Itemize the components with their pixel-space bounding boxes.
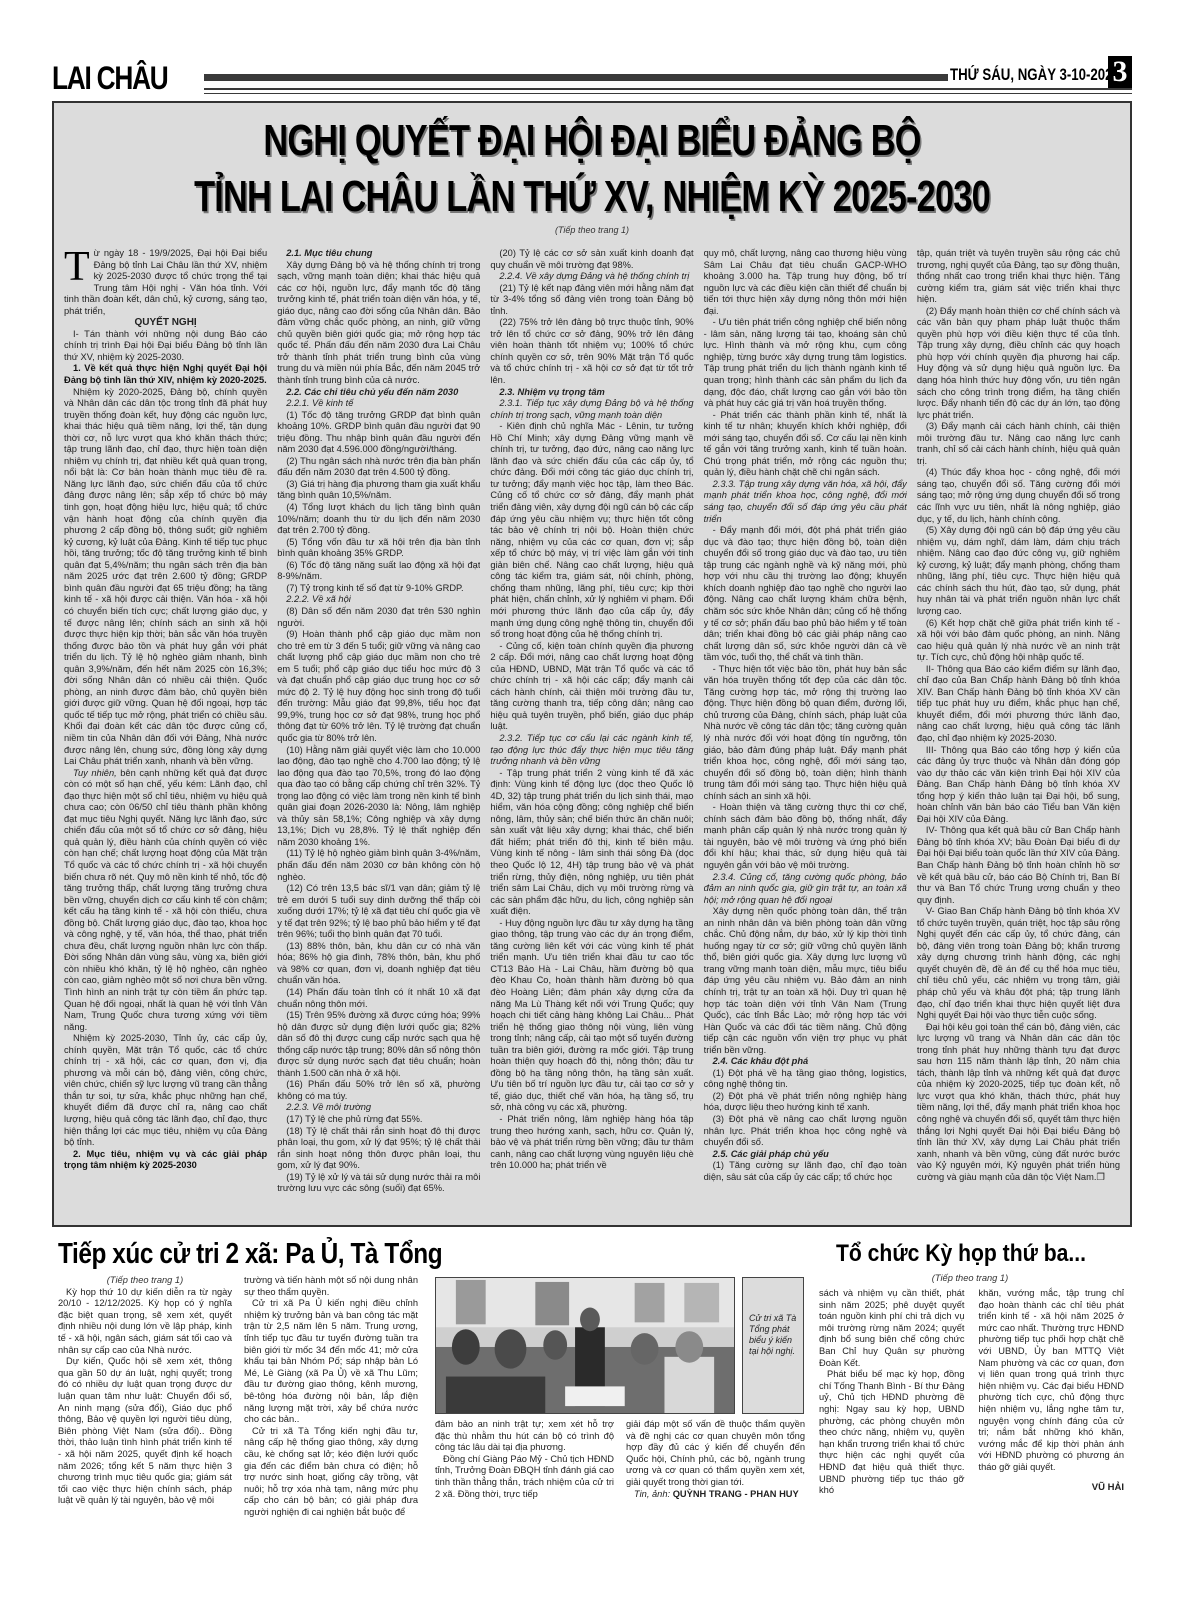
title-line-1: NGHỊ QUYẾT ĐẠI HỘI ĐẠI BIỂU ĐẢNG BỘ xyxy=(172,113,1011,169)
column-4: quy mô, chất lượng, nâng cao thương hiệu… xyxy=(704,248,907,1219)
subsection-heading: 2.3. Nhiệm vụ trọng tâm xyxy=(490,387,693,399)
column-1: Từ ngày 18 - 19/9/2025, Đại hội Đại biểu… xyxy=(64,248,267,1219)
voters-column-2: trường và tiến hành một số nội dung nhân… xyxy=(244,1275,418,1518)
subsection-heading: 2.4. Các khâu đột phá xyxy=(704,1056,907,1068)
continued-note: (Tiếp theo trang 1) xyxy=(58,1275,232,1287)
subsection-heading: 2.5. Các giải pháp chủ yếu xyxy=(704,1149,907,1161)
list-item: (3) Đột phá về nâng cao chất lượng nguồn… xyxy=(704,1114,907,1149)
subsubsection-heading: 2.3.2. Tiếp tục cơ cấu lại các ngành kin… xyxy=(490,733,693,768)
paragraph: - Hoàn thiện và tăng cường thực thi cơ c… xyxy=(704,802,907,871)
column-5: tập, quán triệt và tuyên truyền sâu rộng… xyxy=(917,248,1120,1219)
voters-article-title: Tiếp xúc cử tri 2 xã: Pa Ủ, Tà Tổng xyxy=(58,1238,442,1271)
paragraph: Nhiệm kỳ 2025-2030, Tỉnh ủy, các cấp ủy,… xyxy=(64,1033,267,1148)
voters-column-3: đảm bảo an ninh trật tự; xem xét hỗ trợ … xyxy=(435,1419,614,1500)
list-item: (6) Kết hợp chặt chẽ giữa phát triển kin… xyxy=(917,618,1120,664)
paragraph: Xây dựng nền quốc phòng toàn dân, thế tr… xyxy=(704,906,907,1056)
paragraph: Xây dựng Đảng bộ và hệ thống chính trị t… xyxy=(277,260,480,387)
page-number: 3 xyxy=(1108,56,1132,88)
paragraph: Nhiệm kỳ 2020-2025, Đảng bộ, chính quyền… xyxy=(64,387,267,768)
subsubsection-heading: 2.2.3. Về môi trường xyxy=(277,1102,480,1114)
list-item: (21) Tỷ lệ kết nạp đảng viên mới hằng nă… xyxy=(490,283,693,318)
list-item: (11) Tỷ lệ hộ nghèo giảm bình quân 3-4%/… xyxy=(277,848,480,883)
paragraph: - Huy động nguồn lực đầu tư xây dựng hạ … xyxy=(490,918,693,1114)
paragraph: - Đẩy mạnh đổi mới, đột phá phát triển g… xyxy=(704,525,907,664)
list-item: (4) Thúc đẩy khoa học - công nghệ, đổi m… xyxy=(917,467,1120,525)
meeting-photo xyxy=(435,1277,735,1414)
end-mark-icon: ❐ xyxy=(1096,1172,1104,1182)
masthead-rule xyxy=(204,74,948,81)
paragraph: - Tập trung phát triển 2 vùng kinh tế đã… xyxy=(490,768,693,918)
list-item: (16) Phấn đấu 50% trở lên số xã, phường … xyxy=(277,1079,480,1102)
title-line-2: TỈNH LAI CHÂU LẦN THỨ XV, NHIỆM KỲ 2025-… xyxy=(172,169,1011,225)
session-column-1: sách và nhiệm vụ cần thiết, phát sinh nă… xyxy=(819,1288,965,1497)
list-item: (15) Trên 95% đường xã được cứng hóa; 99… xyxy=(277,1010,480,1079)
list-item: (2) Thu ngân sách nhà nước trên địa bàn … xyxy=(277,456,480,479)
list-item: (13) 88% thôn, bản, khu dân cư có nhà vă… xyxy=(277,941,480,987)
list-item: (12) Có trên 13,5 bác sĩ/1 vạn dân; giảm… xyxy=(277,883,480,941)
paragraph: - Phát triển nông, lâm nghiệp hàng hóa t… xyxy=(490,1114,693,1172)
masthead: LAI CHÂU THỨ SÁU, NGÀY 3-10-2025 3 xyxy=(52,60,1132,98)
paragraph: Kỳ họp thứ 10 dự kiến diễn ra từ ngày 20… xyxy=(58,1287,232,1357)
session-column-2: khăn, vướng mắc, tập trung chỉ đạo hoàn … xyxy=(979,1288,1125,1497)
paragraph: giải đáp một số vấn đề thuộc thẩm quyền … xyxy=(626,1419,805,1489)
issue-date: THỨ SÁU, NGÀY 3-10-2025 xyxy=(950,65,1120,85)
voters-article-lower-columns: đảm bảo an ninh trật tự; xem xét hỗ trợ … xyxy=(435,1419,805,1500)
paragraph: III- Thông qua Báo cáo tổng hợp ý kiến c… xyxy=(917,745,1120,826)
section-name: LAI CHÂU xyxy=(52,60,168,97)
voters-article-columns: (Tiếp theo trang 1) Kỳ họp thứ 10 dự kiế… xyxy=(58,1275,418,1518)
photo-caption: Cử tri xã Tà Tổng phát biểu ý kiến tại h… xyxy=(742,1277,804,1414)
list-item: (3) Giá trị hàng địa phương tham gia xuấ… xyxy=(277,479,480,502)
list-item: (14) Phấn đấu toàn tỉnh có ít nhất 10 xã… xyxy=(277,987,480,1010)
paragraph: - Kiên định chủ nghĩa Mác - Lênin, tư tư… xyxy=(490,421,693,640)
paragraph: sách và nhiệm vụ cần thiết, phát sinh nă… xyxy=(819,1288,965,1369)
list-item: (7) Tỷ trọng kinh tế số đạt từ 9-10% GRD… xyxy=(277,583,480,595)
session-article-columns: sách và nhiệm vụ cần thiết, phát sinh nă… xyxy=(819,1288,1124,1497)
column-2: 2.1. Mục tiêu chung Xây dựng Đảng bộ và … xyxy=(277,248,480,1219)
list-item: (20) Tỷ lệ các cơ sở sản xuất kinh doanh… xyxy=(490,248,693,271)
list-item: (6) Tốc độ tăng năng suất lao động xã hộ… xyxy=(277,560,480,583)
paragraph: khăn, vướng mắc, tập trung chỉ đạo hoàn … xyxy=(979,1288,1125,1474)
subsection-heading: 2.1. Mục tiêu chung xyxy=(277,248,480,260)
resolve-heading: QUYẾT NGHỊ xyxy=(64,317,267,329)
list-item: (1) Đột phá về hạ tầng giao thông, logis… xyxy=(704,1068,907,1091)
drop-cap: T xyxy=(64,250,90,284)
photo-image xyxy=(436,1278,734,1413)
subsubsection-heading: 2.3.4. Củng cố, tăng cường quốc phòng, b… xyxy=(704,872,907,907)
paragraph: Dự kiến, Quốc hội sẽ xem xét, thông qua … xyxy=(58,1356,232,1507)
list-item: (2) Đẩy mạnh hoàn thiện cơ chế chính sác… xyxy=(917,306,1120,421)
list-item: (2) Đột phá về phát triển nông nghiệp hà… xyxy=(704,1091,907,1114)
list-item: (9) Hoàn thành phổ cập giáo dục mầm non … xyxy=(277,629,480,744)
paragraph: - Thực hiện tốt việc bảo tồn, phát huy b… xyxy=(704,664,907,803)
list-item: (4) Tổng lượt khách du lịch tăng bình qu… xyxy=(277,502,480,537)
list-item: (8) Dân số đến năm 2030 đạt trên 530 ngh… xyxy=(277,606,480,629)
list-item: (5) Xây dựng đội ngũ cán bộ đáp ứng yêu … xyxy=(917,525,1120,617)
list-item: (18) Tỷ lệ chất thải rắn sinh hoạt đô th… xyxy=(277,1126,480,1172)
paragraph: II- Thông qua Báo cáo kiểm điểm sự lãnh … xyxy=(917,664,1120,745)
subsection-heading: 2.2. Các chỉ tiêu chủ yếu đến năm 2030 xyxy=(277,387,480,399)
list-item: (10) Hằng năm giải quyết việc làm cho 10… xyxy=(277,745,480,849)
section-heading: 2. Mục tiêu, nhiệm vụ và các giải pháp t… xyxy=(64,1149,267,1172)
list-item: (19) Tỷ lệ xử lý và tái sử dụng nước thả… xyxy=(277,1172,480,1195)
list-item: (1) Tăng cường sự lãnh đạo, chỉ đạo toàn… xyxy=(704,1160,907,1183)
list-item: (5) Tổng vốn đầu tư xã hội trên địa bàn … xyxy=(277,537,480,560)
main-article-title: NGHỊ QUYẾT ĐẠI HỘI ĐẠI BIỂU ĐẢNG BỘ TỈNH… xyxy=(172,103,1011,225)
list-item: (3) Đẩy mạnh cải cách hành chính, cải th… xyxy=(917,421,1120,467)
subsubsection-heading: 2.2.1. Về kinh tế xyxy=(277,398,480,410)
paragraph: - Ưu tiên phát triển công nghiệp chế biế… xyxy=(704,317,907,409)
section-heading: 1. Về kết quả thực hiện Nghị quyết Đại h… xyxy=(64,363,267,386)
subsubsection-heading: 2.2.4. Về xây dựng Đảng và hệ thống chín… xyxy=(490,271,693,283)
voters-column-4: giải đáp một số vấn đề thuộc thẩm quyền … xyxy=(626,1419,805,1500)
paragraph: tập, quán triệt và tuyên truyền sâu rộng… xyxy=(917,248,1120,306)
paragraph: đảm bảo an ninh trật tự; xem xét hỗ trợ … xyxy=(435,1419,614,1454)
masthead-rule-thin-2 xyxy=(204,93,1132,94)
author-byline: VŨ HẢI xyxy=(979,1482,1125,1494)
paragraph: Tuy nhiên, bên cạnh những kết quả đạt đư… xyxy=(64,768,267,1034)
article-columns: Từ ngày 18 - 19/9/2025, Đại hội Đại biểu… xyxy=(64,248,1120,1219)
paragraph: Phát biểu bế mạc kỳ họp, đồng chí Tống T… xyxy=(819,1369,965,1497)
continued-note: (Tiếp theo trang 1) xyxy=(820,1273,1120,1283)
list-item: (1) Tốc độ tăng trưởng GRDP đạt bình quâ… xyxy=(277,410,480,456)
continued-note: (Tiếp theo trang 1) xyxy=(54,225,1130,235)
paragraph: IV- Thông qua kết quả bầu cử Ban Chấp hà… xyxy=(917,825,1120,906)
paragraph: Đồng chí Giàng Páo Mỷ - Chủ tịch HĐND tỉ… xyxy=(435,1454,614,1500)
paragraph: I- Tán thành với những nội dung Báo cáo … xyxy=(64,329,267,364)
paragraph: Cử tri xã Tà Tổng kiến nghị đầu tư, nâng… xyxy=(244,1426,418,1519)
masthead-rule-thin xyxy=(204,88,1132,90)
byline: Tin, ảnh: QUỲNH TRANG - PHAN HUY xyxy=(626,1489,805,1501)
list-item: (17) Tỷ lệ che phủ rừng đạt 55%. xyxy=(277,1114,480,1126)
session-article-title: Tổ chức Kỳ họp thứ ba... xyxy=(836,1240,1086,1268)
paragraph: - Phát triển các thành phần kinh tế, nhấ… xyxy=(704,410,907,479)
paragraph: trường và tiến hành một số nội dung nhân… xyxy=(244,1275,418,1298)
subsubsection-heading: 2.3.3. Tập trung xây dựng văn hóa, xã hộ… xyxy=(704,479,907,525)
main-article: NGHỊ QUYẾT ĐẠI HỘI ĐẠI BIỂU ĐẢNG BỘ TỈNH… xyxy=(52,101,1132,1227)
subsubsection-heading: 2.3.1. Tiếp tục xây dựng Đảng bộ và hệ t… xyxy=(490,398,693,421)
paragraph: quy mô, chất lượng, nâng cao thương hiệu… xyxy=(704,248,907,317)
voters-column-1: (Tiếp theo trang 1) Kỳ họp thứ 10 dự kiế… xyxy=(58,1275,232,1518)
list-item: (22) 75% trở lên đảng bộ trực thuộc tỉnh… xyxy=(490,317,693,386)
intro-paragraph: Từ ngày 18 - 19/9/2025, Đại hội Đại biểu… xyxy=(64,248,267,317)
paragraph: Cử tri xã Pa Ủ kiến nghị điều chỉnh nhiệ… xyxy=(244,1298,418,1426)
paragraph: - Củng cố, kiện toàn chính quyền địa phư… xyxy=(490,641,693,733)
paragraph: Đại hội kêu gọi toàn thể cán bộ, đảng vi… xyxy=(917,1022,1120,1184)
subsubsection-heading: 2.2.2. Về xã hội xyxy=(277,594,480,606)
paragraph: V- Giao Ban Chấp hành Đảng bộ tỉnh khóa … xyxy=(917,906,1120,1021)
column-3: (20) Tỷ lệ các cơ sở sản xuất kinh doanh… xyxy=(490,248,693,1219)
